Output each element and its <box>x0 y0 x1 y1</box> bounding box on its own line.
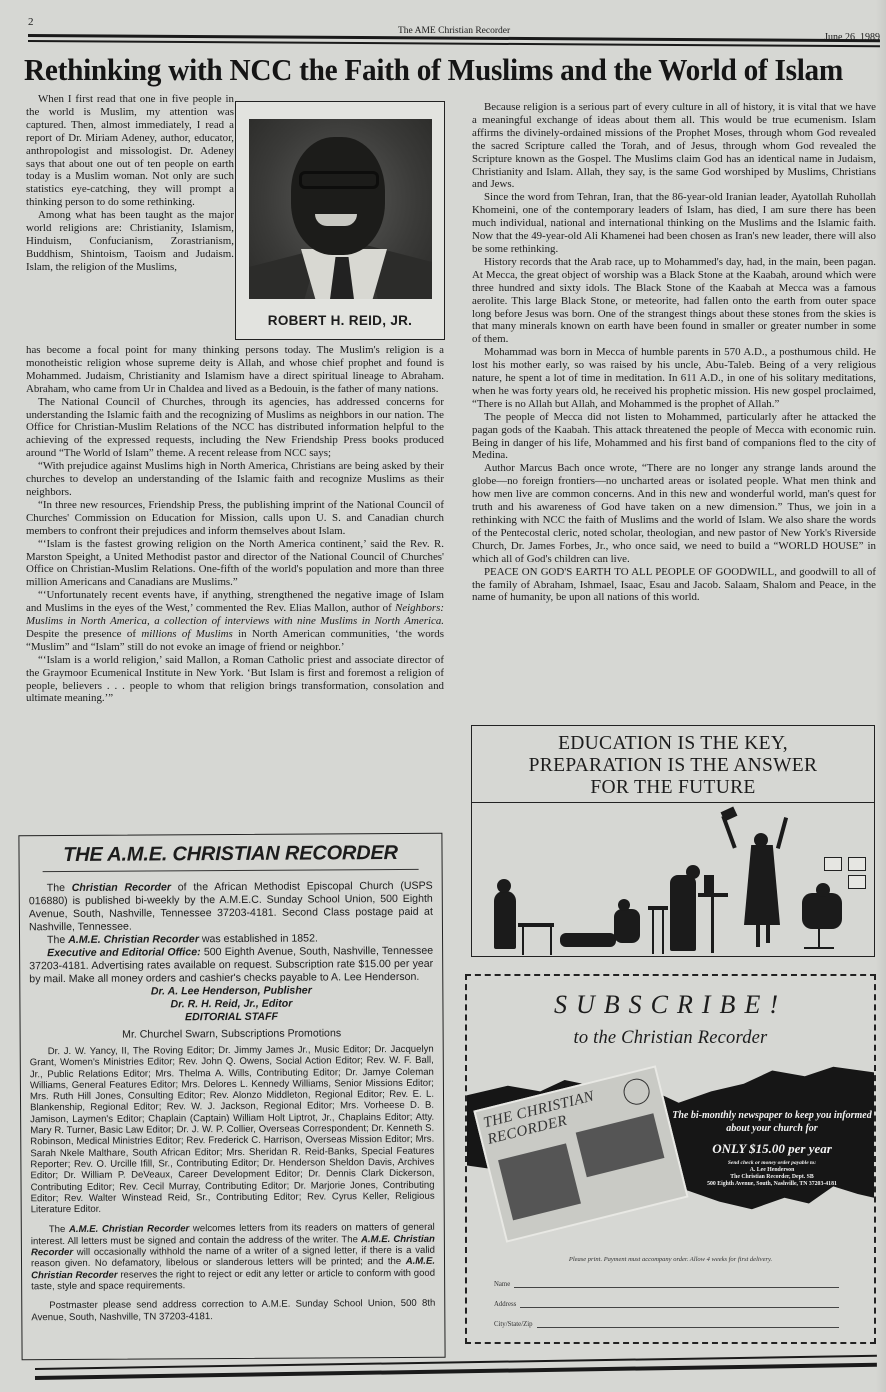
graduate-silhouette <box>744 845 780 925</box>
masthead-staff-list: Dr. J. W. Yancy, II, The Roving Editor; … <box>30 1044 435 1216</box>
article-paragraph: “With prejudice against Muslims high in … <box>26 460 444 499</box>
photo-caption: ROBERT H. REID, JR. <box>236 313 444 328</box>
subscribe-coupon: SUBSCRIBE! to the Christian Recorder THE… <box>465 974 876 1344</box>
masthead-subscriptions: Mr. Churchel Swarn, Subscriptions Promot… <box>30 1027 434 1042</box>
masthead-staff-heading: EDITORIAL STAFF <box>29 1010 433 1025</box>
masthead-title: THE A.M.E. CHRISTIAN RECORDER <box>42 840 418 872</box>
article-paragraph: Mohammad was born in Mecca of humble par… <box>472 346 876 411</box>
education-silhouette-illustration <box>472 803 874 956</box>
page-number: 2 <box>28 16 34 28</box>
newspaper-page: 2 The AME Christian Recorder June 26, 19… <box>0 0 886 1392</box>
certificate-icon <box>848 875 866 889</box>
certificate-icon <box>848 857 866 871</box>
graduation-cap-icon <box>721 807 738 822</box>
author-photo <box>249 119 432 299</box>
article-paragraph: History records that the Arab race, up t… <box>472 256 876 346</box>
certificate-icon <box>824 857 842 871</box>
subscribe-subtitle: to the Christian Recorder <box>467 1028 874 1049</box>
article-paragraph: has become a focal point for many thinki… <box>26 344 444 396</box>
paper-name: The AME Christian Recorder <box>398 26 510 36</box>
article-column-right: Because religion is a serious part of ev… <box>472 101 876 604</box>
article-paragraph: Because religion is a serious part of ev… <box>472 101 876 191</box>
subscribe-title: SUBSCRIBE! <box>467 990 874 1020</box>
masthead-office: Executive and Editorial Office: 500 Eigh… <box>29 945 433 986</box>
professional-silhouette <box>802 893 842 929</box>
article-paragraph: “‘Islam is a world religion,’ said Mallo… <box>26 654 444 706</box>
article-paragraph: Since the word from Tehran, Iran, that t… <box>472 191 876 256</box>
student-silhouette <box>670 875 696 951</box>
article-paragraph: Among what has been taught as the major … <box>26 209 234 274</box>
name-field[interactable]: Name <box>494 1281 839 1288</box>
article-column-left-narrow: When I first read that one in five peopl… <box>26 93 234 274</box>
address-field[interactable]: Address <box>494 1301 839 1308</box>
article-paragraph: “‘Unfortunately recent events have, if a… <box>26 589 444 654</box>
reader-silhouette <box>560 933 616 947</box>
author-photo-frame: ROBERT H. REID, JR. <box>235 101 445 340</box>
article-column-left-wide: has become a focal point for many thinki… <box>26 344 444 705</box>
city-state-zip-field[interactable]: City/State/Zip <box>494 1321 839 1328</box>
article-paragraph: Author Marcus Bach once wrote, “There ar… <box>472 462 876 565</box>
article-paragraph: The National Council of Churches, throug… <box>26 396 444 461</box>
article-paragraph: PEACE ON GOD'S EARTH TO ALL PEOPLE OF GO… <box>472 566 876 605</box>
masthead-publication-info: The Christian Recorder of the African Me… <box>29 880 433 934</box>
article-paragraph: The people of Mecca did not listen to Mo… <box>472 411 876 463</box>
masthead-letters-policy: The A.M.E. Christian Recorder welcomes l… <box>31 1222 435 1292</box>
article-headline: Rethinking with NCC the Faith of Muslims… <box>24 52 837 88</box>
article-paragraph: “In three new resources, Friendship Pres… <box>26 499 444 538</box>
masthead-postmaster: Postmaster please send address correctio… <box>31 1298 435 1323</box>
article-paragraph: “‘Islam is the fastest growing religion … <box>26 538 444 590</box>
education-ad-headline: EDUCATION IS THE KEY, PREPARATION IS THE… <box>472 726 874 803</box>
article-paragraph: When I first read that one in five peopl… <box>26 93 234 209</box>
subscribe-offer: The bi-monthly newspaper to keep you inf… <box>667 1110 876 1188</box>
subscribe-note: Please print. Payment must accompany ord… <box>467 1256 874 1263</box>
subscribe-price: ONLY $15.00 per year <box>667 1141 876 1157</box>
masthead-box: THE A.M.E. CHRISTIAN RECORDER The Christ… <box>18 833 445 1361</box>
child-silhouette <box>494 891 516 949</box>
education-ad: EDUCATION IS THE KEY, PREPARATION IS THE… <box>471 725 875 957</box>
